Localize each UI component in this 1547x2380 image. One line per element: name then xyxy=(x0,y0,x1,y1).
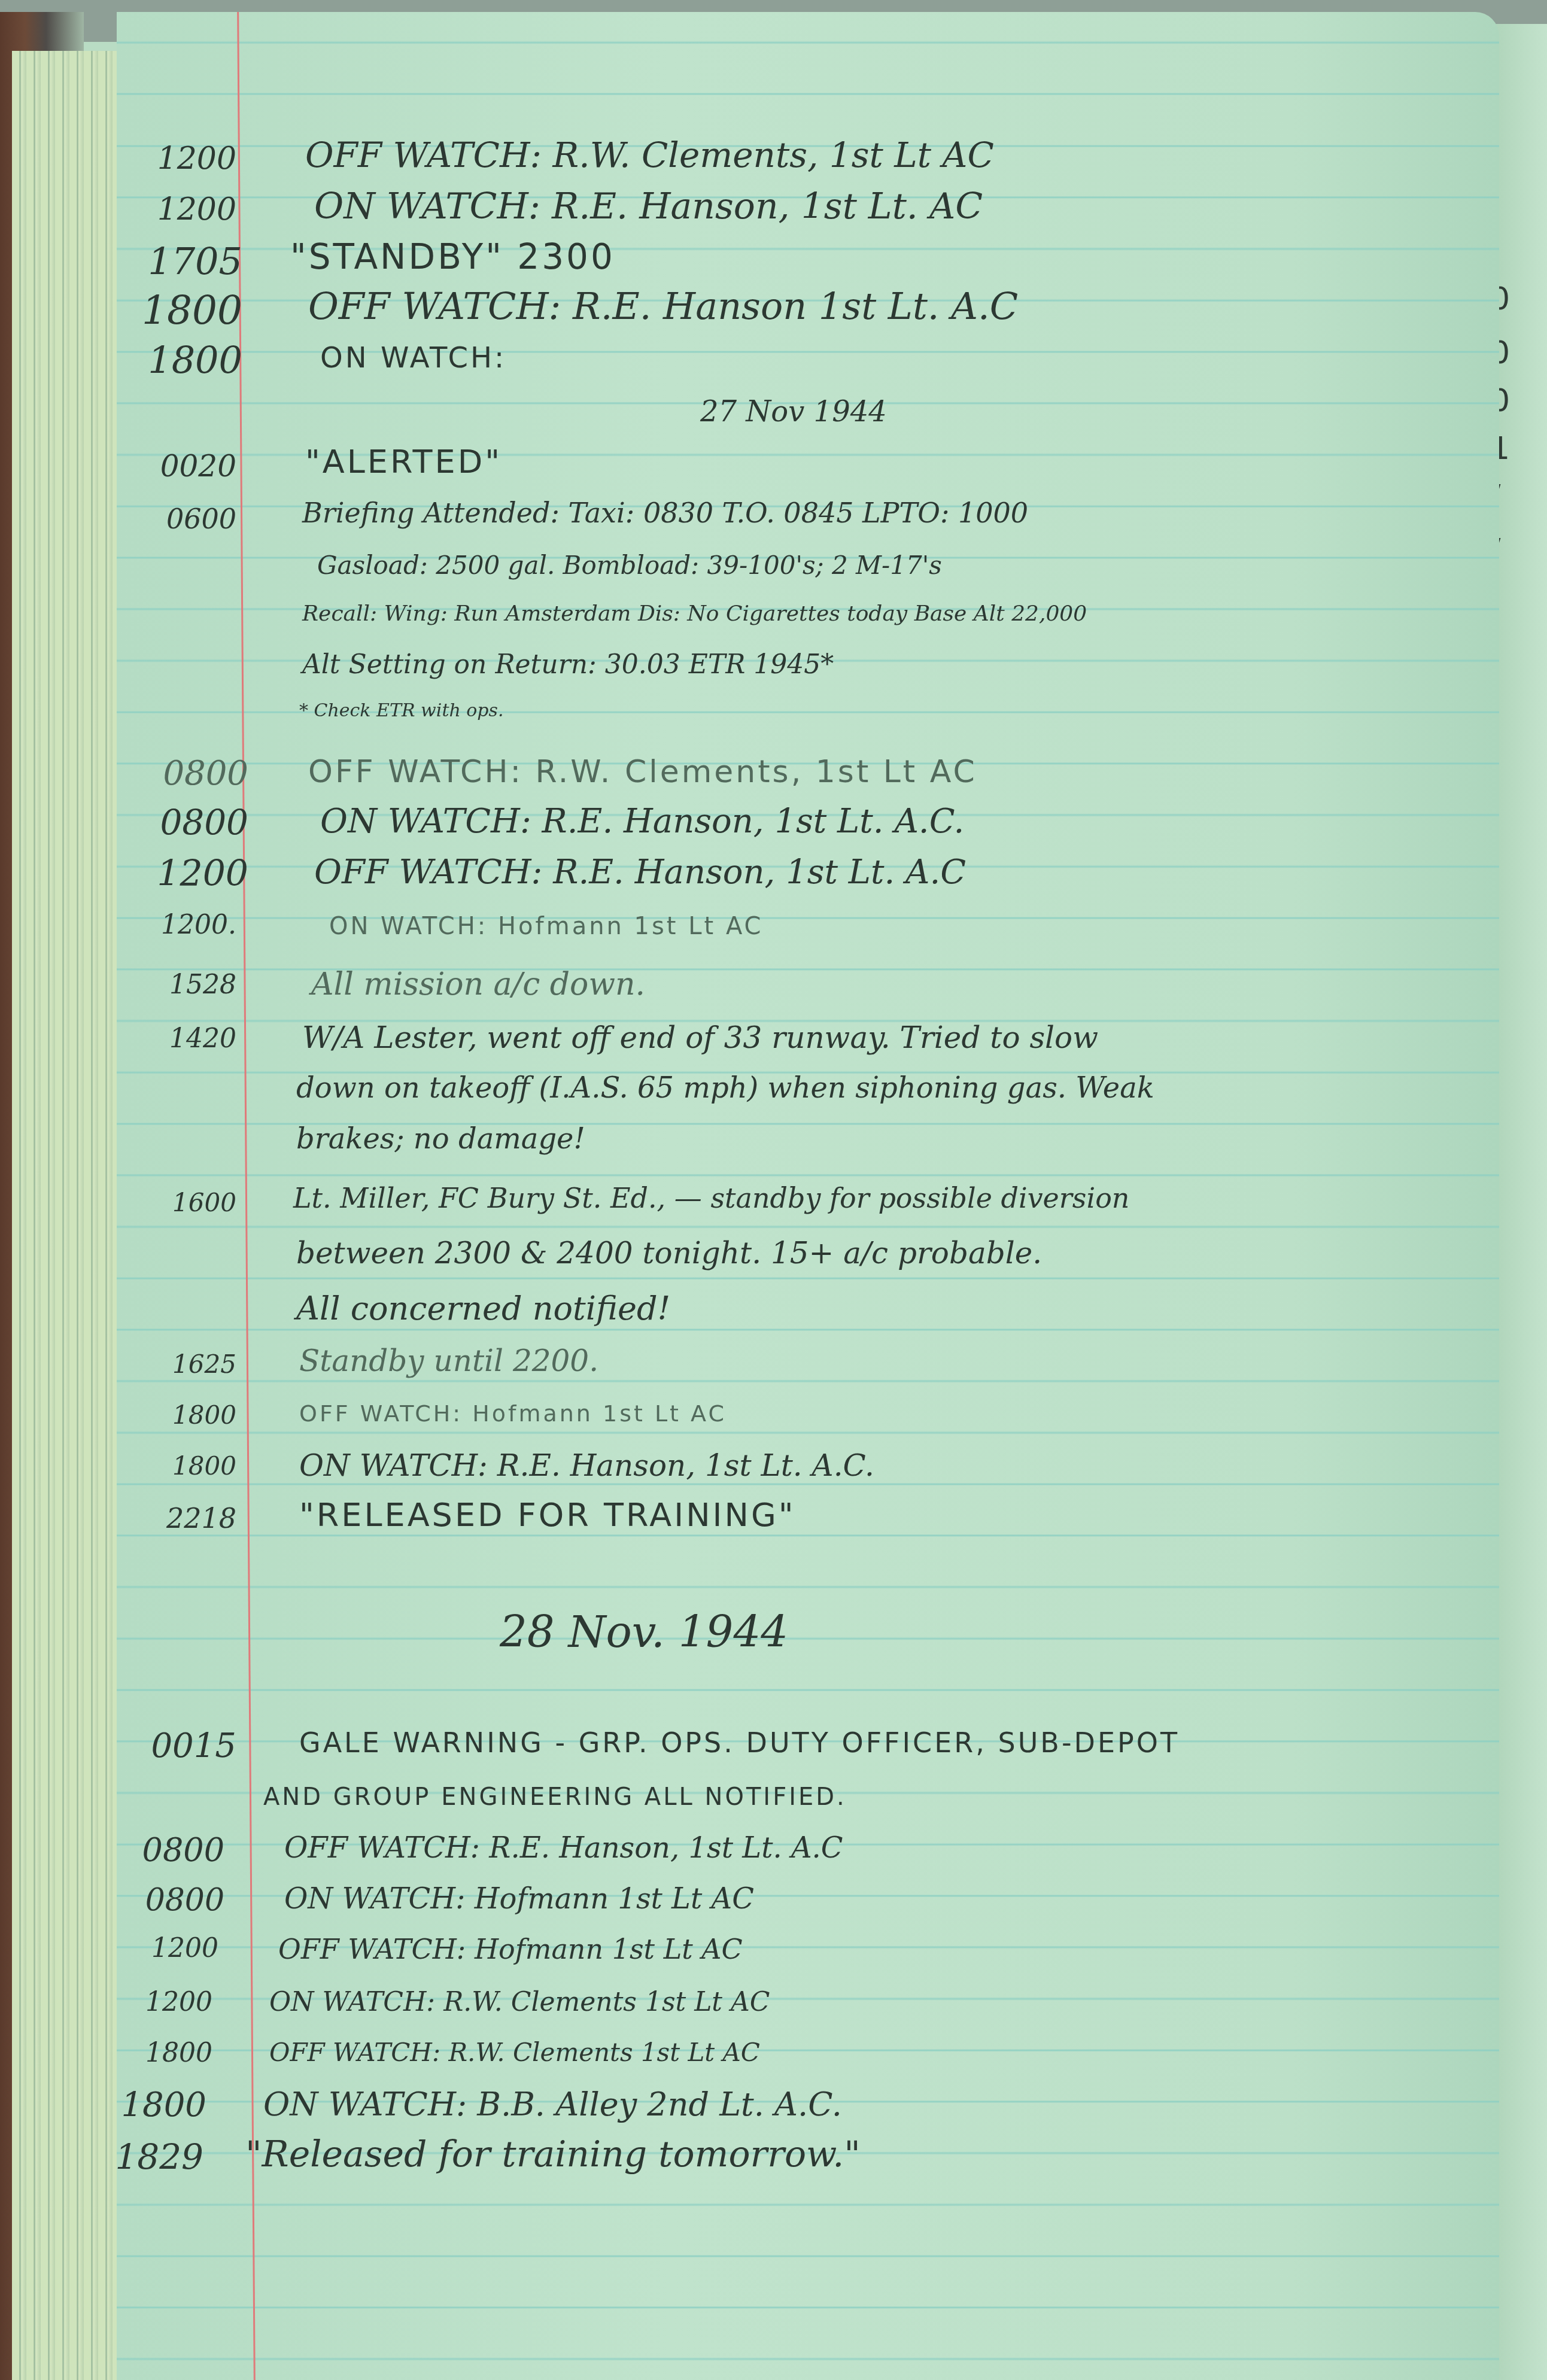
entry-time: 1705 xyxy=(123,239,242,283)
entry-time: 1800 xyxy=(117,2038,212,2068)
log-entry: ON WATCH: R.E. Hanson, 1st Lt. AC xyxy=(314,186,983,227)
entry-time: 0020 xyxy=(117,449,236,484)
entry-time: 1800 xyxy=(123,287,242,333)
log-entry-note: * Check ETR with ops. xyxy=(299,700,504,721)
page-stack xyxy=(12,51,121,2380)
log-entry: Recall: Wing: Run Amsterdam Dis: No Ciga… xyxy=(302,601,1087,626)
entry-time: 1625 xyxy=(117,1349,236,1379)
log-entry: GALE WARNING - GRP. OPS. DUTY OFFICER, S… xyxy=(299,1727,1180,1759)
entry-time: 1800 xyxy=(117,1400,236,1430)
entry-time: 1800 xyxy=(123,338,242,382)
log-entry: OFF WATCH: R.E. Hanson, 1st Lt. A.C xyxy=(284,1831,843,1865)
entry-time: 1200. xyxy=(117,910,236,940)
log-page: 1200 OFF WATCH: R.W. Clements, 1st Lt AC… xyxy=(117,12,1499,2380)
log-entry: between 2300 & 2400 tonight. 15+ a/c pro… xyxy=(296,1236,1042,1270)
log-entry: ON WATCH: xyxy=(320,341,506,375)
entry-time: 0800 xyxy=(129,802,248,843)
entry-time: 0800 xyxy=(117,1882,224,1918)
log-entry: Gasload: 2500 gal. Bombload: 39-100's; 2… xyxy=(317,551,942,580)
entry-time: 1600 xyxy=(117,1188,236,1217)
log-entry: All concerned notified! xyxy=(296,1290,670,1327)
log-entry: "Released for training tomorrow." xyxy=(245,2133,861,2175)
log-entry: OFF WATCH: Hofmann 1st Lt AC xyxy=(299,1400,727,1427)
log-entry: All mission a/c down. xyxy=(311,966,645,1002)
entry-time: 1420 xyxy=(117,1023,236,1054)
log-entry: ON WATCH: Hofmann 1st Lt AC xyxy=(329,913,764,940)
log-entry: down on takeoff (I.A.S. 65 mph) when sip… xyxy=(296,1071,1154,1105)
entry-time: 1200 xyxy=(117,192,236,227)
entry-time: 1800 xyxy=(117,2086,206,2124)
date-heading: 28 Nov. 1944 xyxy=(500,1607,788,1657)
log-entry: OFF WATCH: R.E. Hanson 1st Lt. A.C xyxy=(308,284,1018,328)
entry-time: 1200 xyxy=(129,853,248,895)
log-entry: Lt. Miller, FC Bury St. Ed., — standby f… xyxy=(293,1182,1129,1214)
entry-time: 0600 xyxy=(117,503,236,535)
log-entry: "STANDBY" 2300 xyxy=(290,236,615,277)
entry-time: 0800 xyxy=(129,754,248,793)
log-entry: ON WATCH: R.W. Clements 1st Lt AC xyxy=(269,1987,770,2017)
entry-time: 2218 xyxy=(117,1502,236,1534)
log-entry: ON WATCH: B.B. Alley 2nd Lt. A.C. xyxy=(263,2086,842,2123)
log-entry: AND GROUP ENGINEERING ALL NOTIFIED. xyxy=(263,1783,847,1811)
log-entry: brakes; no damage! xyxy=(296,1122,585,1156)
log-entry: ON WATCH: R.E. Hanson, 1st Lt. A.C. xyxy=(299,1448,874,1483)
entry-time: 1528 xyxy=(117,969,236,1000)
entry-time: 1800 xyxy=(117,1451,236,1481)
log-entry: Alt Setting on Return: 30.03 ETR 1945* xyxy=(302,649,834,680)
log-entry: Standby until 2200. xyxy=(299,1344,598,1378)
entry-time: 1200 xyxy=(117,1933,218,1963)
log-entry: OFF WATCH: Hofmann 1st Lt AC xyxy=(278,1933,743,1965)
entry-time: 0800 xyxy=(117,1831,224,1869)
entry-time: 1829 xyxy=(117,2136,203,2177)
log-entry: "RELEASED FOR TRAINING" xyxy=(299,1496,796,1534)
log-entry: OFF WATCH: R.W. Clements 1st Lt AC xyxy=(269,2038,760,2067)
log-entry: OFF WATCH: R.W. Clements, 1st Lt AC xyxy=(308,754,977,790)
log-entry: OFF WATCH: R.E. Hanson, 1st Lt. A.C xyxy=(314,853,966,892)
entry-time: 1200 xyxy=(117,1987,212,2017)
log-entry: Briefing Attended: Taxi: 0830 T.O. 0845 … xyxy=(302,497,1028,529)
log-entry: ON WATCH: R.E. Hanson, 1st Lt. A.C. xyxy=(320,802,964,841)
log-entry: W/A Lester, went off end of 33 runway. T… xyxy=(302,1020,1098,1055)
log-entry: ON WATCH: Hofmann 1st Lt AC xyxy=(284,1882,754,1916)
log-entry: "ALERTED" xyxy=(305,443,502,481)
entry-time: 1200 xyxy=(117,141,236,177)
log-entry: OFF WATCH: R.W. Clements, 1st Lt AC xyxy=(305,135,994,175)
date-heading: 27 Nov 1944 xyxy=(700,395,887,428)
entry-time: 0015 xyxy=(117,1727,236,1765)
